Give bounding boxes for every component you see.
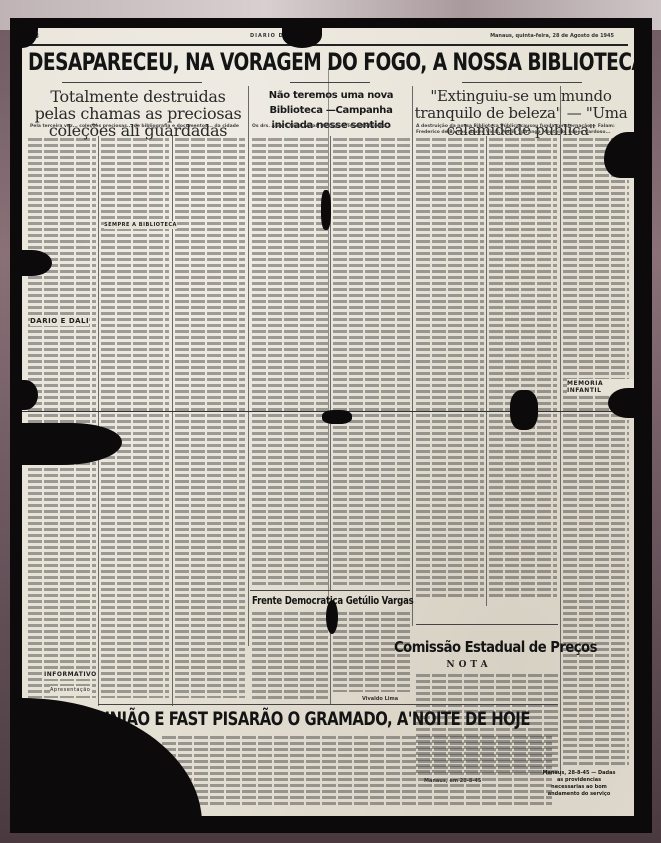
fold-crease (328, 68, 329, 628)
comissao-title: Comissão Estadual de Preços (394, 638, 544, 656)
divider (290, 82, 370, 83)
text-column (252, 138, 328, 588)
main-headline: DESAPARECEU, NA VORAGEM DO FOGO, A NOSSA… (28, 48, 544, 76)
top-rule (28, 44, 628, 46)
divider (462, 82, 582, 83)
column-rule (560, 86, 561, 776)
frente-signature: Vivaldo Lima (362, 696, 398, 702)
section-head: DARIO E DALI (30, 316, 89, 326)
left-article-deck: Pela terceira vez... coleções preciosas.… (30, 124, 246, 130)
burn-damage (510, 390, 538, 430)
section-head: SEMPRE A BIBLIOTECA (104, 221, 177, 229)
divider (62, 82, 202, 83)
box-divider (416, 624, 558, 625)
footnote: Manaus, 28-8-45 — Dadas as providencias … (540, 770, 618, 798)
center-article-deck: Os drs. Álvaro Maia, Vival, do Lago e Te… (252, 124, 410, 130)
text-column (162, 736, 552, 806)
burn-damage (322, 410, 352, 424)
text-column (252, 612, 328, 702)
right-article-deck: A destruição da nossa Biblioteca Pública… (416, 124, 626, 136)
sports-headline: UNIÃO E FAST PISARÃO O GRAMADO, A'NOITE … (98, 708, 472, 730)
box-divider (250, 590, 410, 591)
column-rule (248, 86, 249, 646)
section-head: INFORMATIVO (44, 670, 97, 679)
text-column (416, 138, 484, 598)
divider (98, 704, 558, 705)
section-head: Apresentação (50, 686, 90, 694)
dateline: Manaus, quinta-feira, 28 de Agosto de 19… (490, 33, 614, 39)
newspaper-page: 8 DIARIO DA TARDE Manaus, quinta-feira, … (22, 28, 634, 816)
text-column (489, 138, 557, 598)
text-column (175, 138, 245, 698)
left-article-title: Totalmente destruidas pelas chamas as pr… (30, 88, 246, 139)
burn-damage (321, 190, 331, 230)
column-rule (412, 86, 413, 626)
text-column (333, 138, 410, 588)
text-column (563, 138, 629, 768)
text-column (28, 138, 96, 698)
comissao-subtitle: NOTA (394, 660, 544, 670)
burn-damage (326, 600, 338, 634)
column-rule (486, 136, 487, 606)
column-rule (98, 136, 99, 706)
